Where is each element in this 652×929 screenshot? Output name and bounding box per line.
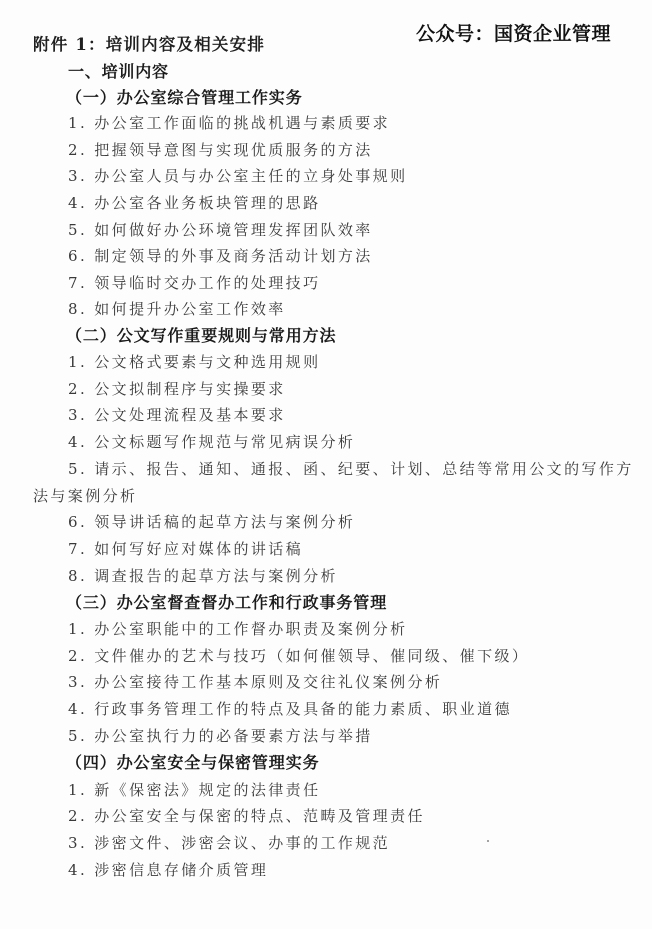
list-item: 8. 如何提升办公室工作效率 bbox=[68, 299, 286, 319]
list-item: 8. 调查报告的起草方法与案例分析 bbox=[68, 566, 338, 586]
watermark-account-name: 公众号：国资企业管理 bbox=[416, 19, 611, 46]
list-item: 5. 请示、报告、通知、通报、函、纪要、计划、总结等常用公文的写作方 bbox=[68, 459, 634, 479]
list-item: 6. 制定领导的外事及商务活动计划方法 bbox=[68, 246, 373, 266]
list-item: 5. 如何做好办公环境管理发挥团队效率 bbox=[68, 220, 373, 240]
list-item: 5. 办公室执行力的必备要素方法与举措 bbox=[68, 726, 373, 746]
list-item: 1. 公文格式要素与文种选用规则 bbox=[68, 352, 320, 372]
list-item: 4. 涉密信息存储介质管理 bbox=[68, 860, 268, 880]
section-heading-training-content: 一、培训内容 bbox=[68, 62, 169, 82]
list-item: 7. 如何写好应对媒体的讲话稿 bbox=[68, 539, 303, 559]
list-item: 1. 办公室工作面临的挑战机遇与素质要求 bbox=[68, 113, 390, 133]
subsection-heading-4: （四）办公室安全与保密管理实务 bbox=[66, 753, 320, 773]
list-item: 3. 涉密文件、涉密会议、办事的工作规范 bbox=[68, 833, 390, 853]
list-item: 3. 办公室人员与办公室主任的立身处事规则 bbox=[68, 166, 407, 186]
list-item: 2. 公文拟制程序与实操要求 bbox=[68, 379, 286, 399]
list-item: 6. 领导讲话稿的起草方法与案例分析 bbox=[68, 512, 355, 532]
document-page: 公众号：国资企业管理 附件 1：培训内容及相关安排 一、培训内容 （一）办公室综… bbox=[0, 0, 652, 929]
list-item: 3. 公文处理流程及基本要求 bbox=[68, 405, 286, 425]
list-item: 2. 把握领导意图与实现优质服务的方法 bbox=[68, 140, 373, 160]
list-item: 3. 办公室接待工作基本原则及交往礼仪案例分析 bbox=[68, 672, 442, 692]
list-item: 1. 新《保密法》规定的法律责任 bbox=[68, 780, 320, 800]
list-item: 2. 办公室安全与保密的特点、范畴及管理责任 bbox=[68, 806, 425, 826]
list-item: 4. 行政事务管理工作的特点及具备的能力素质、职业道德 bbox=[68, 699, 512, 719]
subsection-heading-2: （二）公文写作重要规则与常用方法 bbox=[66, 326, 336, 346]
list-item: 2. 文件催办的艺术与技巧（如何催领导、催同级、催下级） bbox=[68, 646, 529, 666]
list-item-continuation: 法与案例分析 bbox=[33, 486, 137, 506]
list-item: 7. 领导临时交办工作的处理技巧 bbox=[68, 273, 320, 293]
subsection-heading-1: （一）办公室综合管理工作实务 bbox=[66, 88, 303, 108]
list-item: 4. 办公室各业务板块管理的思路 bbox=[68, 193, 320, 213]
document-title: 附件 1：培训内容及相关安排 bbox=[33, 35, 265, 55]
scan-speck bbox=[487, 840, 489, 842]
list-item: 1. 办公室职能中的工作督办职责及案例分析 bbox=[68, 619, 407, 639]
subsection-heading-3: （三）办公室督查督办工作和行政事务管理 bbox=[66, 593, 387, 613]
list-item: 4. 公文标题写作规范与常见病误分析 bbox=[68, 432, 355, 452]
